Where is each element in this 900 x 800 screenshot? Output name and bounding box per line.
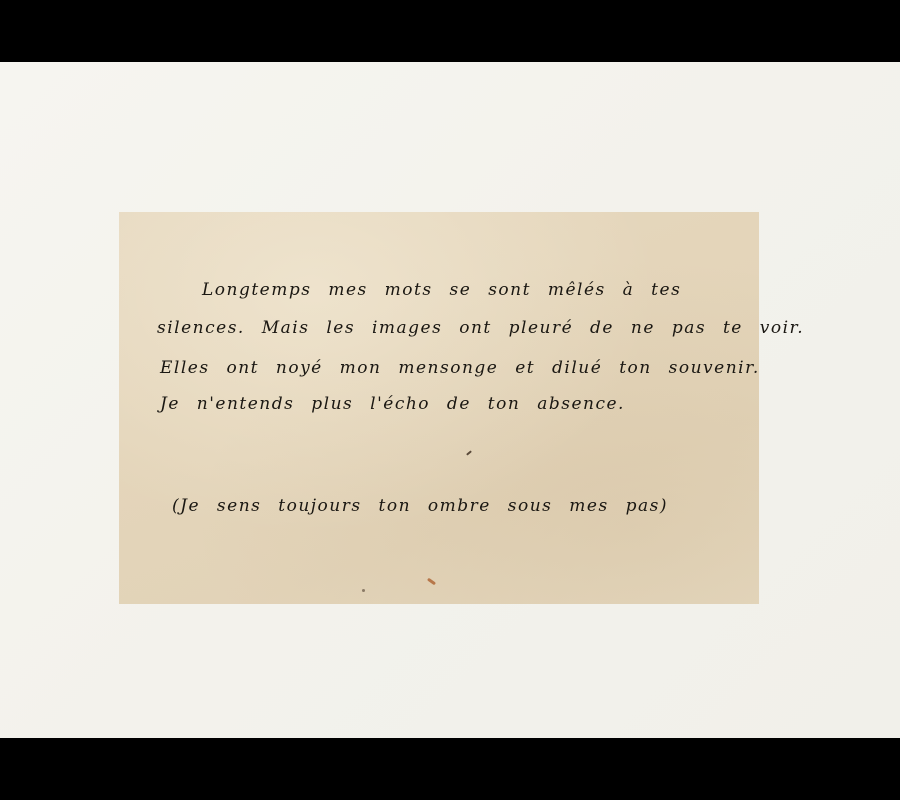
- poem-line-3: Elles ont noyé mon mensonge et dilué ton…: [160, 358, 760, 378]
- poem-line-4: Je n'entends plus l'écho de ton absence.: [160, 394, 625, 414]
- poem-closing-line: (Je sens toujours ton ombre sous mes pas…: [172, 496, 668, 516]
- paper-speck: [362, 589, 365, 592]
- poem-line-1: Longtemps mes mots se sont mêlés à tes: [202, 280, 681, 300]
- black-frame: Longtemps mes mots se sont mêlés à tes s…: [0, 0, 900, 800]
- poem-line-2: silences. Mais les images ont pleuré de …: [157, 318, 804, 338]
